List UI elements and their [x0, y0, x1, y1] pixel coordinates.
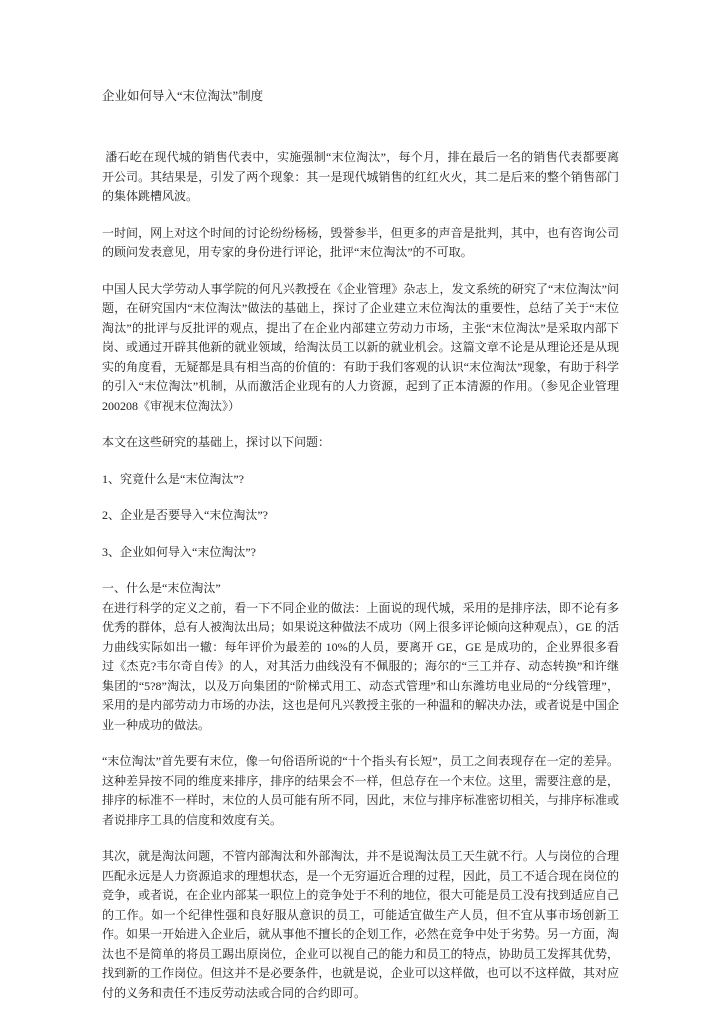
document-title: 企业如何导入“末位淘汰”制度	[102, 86, 619, 106]
paragraph: 本文在这些研究的基础上，探讨以下问题：	[102, 433, 619, 453]
paragraph: 一时间，网上对这个时间的讨论纷纷杨杨，毁誉参半，但更多的声音是批判，其中，也有咨…	[102, 224, 619, 263]
paragraph: 潘石屹在现代城的销售代表中，实施强制“末位淘汰”，每个月，排在最后一名的销售代表…	[102, 148, 619, 207]
document-body: 潘石屹在现代城的销售代表中，实施强制“末位淘汰”，每个月，排在最后一名的销售代表…	[102, 148, 619, 1003]
paragraph: 其次，就是淘汰问题，不管内部淘汰和外部淘汰，并不是说淘汰员工天生就不行。人与岗位…	[102, 847, 619, 1003]
paragraph: 3、企业如何导入“末位淘汰”?	[102, 543, 619, 563]
document-page: 企业如何导入“末位淘汰”制度 潘石屹在现代城的销售代表中，实施强制“末位淘汰”，…	[0, 0, 721, 1020]
paragraph: 中国人民大学劳动人事学院的何凡兴教授在《企业管理》杂志上，发文系统的研究了“末位…	[102, 280, 619, 417]
paragraph: 1、究竟什么是“末位淘汰”?	[102, 470, 619, 490]
paragraph: 一、什么是“末位淘汰” 在进行科学的定义之前，看一下不同企业的做法：上面说的现代…	[102, 579, 619, 735]
paragraph: 2、企业是否要导入“末位淘汰”?	[102, 506, 619, 526]
paragraph: “末位淘汰”首先要有末位，像一句俗语所说的“十个指头有长短”，员工之间表现存在一…	[102, 752, 619, 830]
